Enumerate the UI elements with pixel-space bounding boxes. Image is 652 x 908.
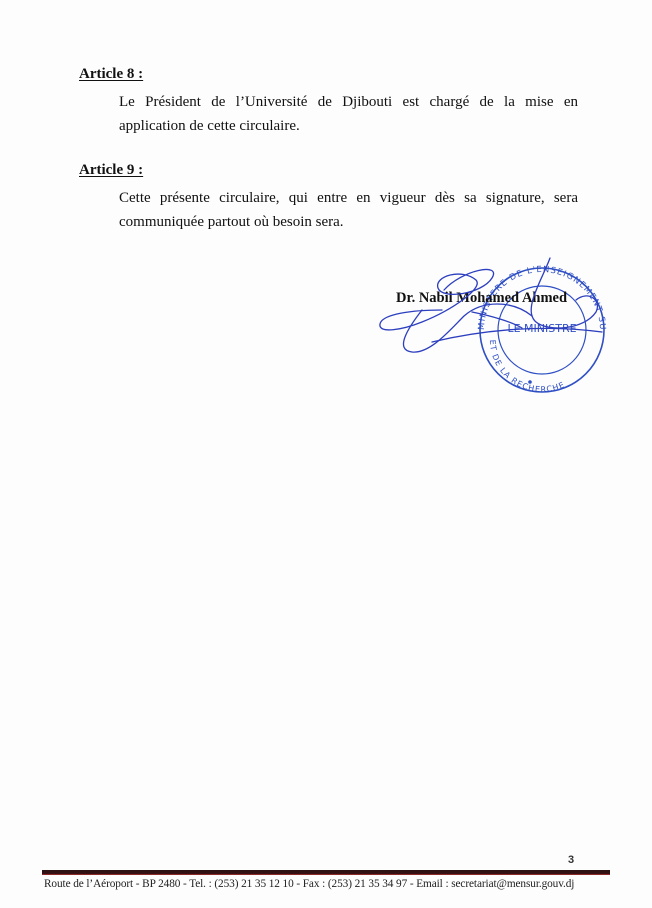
article-9-heading: Article 9 :	[79, 162, 143, 179]
page-number: 3	[568, 854, 574, 866]
footer-divider	[42, 870, 610, 875]
article-8-line-2: application de cette circulaire.	[119, 114, 578, 138]
article-8-heading: Article 8 :	[79, 66, 143, 83]
article-8-body: Le Président de l’Université de Djibouti…	[119, 90, 578, 138]
footer-contact-info: Route de l’Aéroport - BP 2480 - Tel. : (…	[44, 878, 610, 890]
article-9-body: Cette présente circulaire, qui entre en …	[119, 186, 578, 234]
article-9-line-2: communiquée partout où besoin sera.	[119, 210, 578, 234]
signature-block: MINISTERE DE L'ENSEIGNEMENT SUPERIEUR ET…	[372, 250, 612, 400]
article-9-line-1: Cette présente circulaire, qui entre en …	[119, 186, 578, 210]
article-8-line-1: Le Président de l’Université de Djibouti…	[119, 90, 578, 114]
handwritten-signature-icon	[372, 250, 612, 400]
